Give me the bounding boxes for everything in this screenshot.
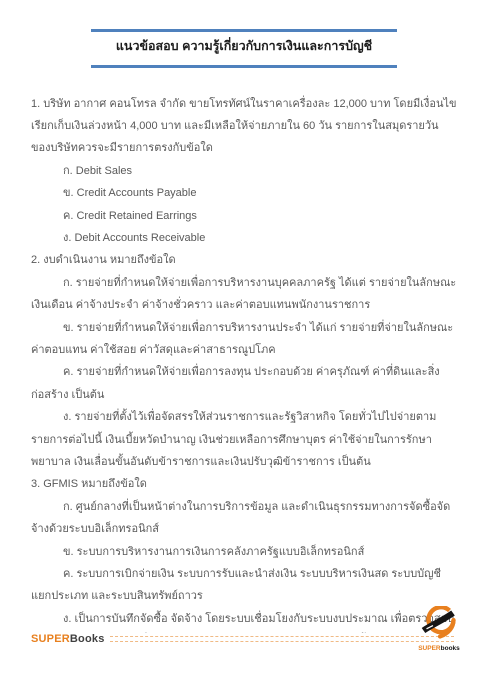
page-footer: SUPERBooks SUPERbooks [31, 629, 460, 649]
footer-brand-primary: SUPER [31, 633, 70, 645]
question-2-choice-a: ก. รายจ่ายที่กำหนดให้จ่ายเพื่อการบริหารง… [31, 272, 458, 317]
page-title: แนวข้อสอบ ความรู้เกี่ยวกับการเงินและการบ… [95, 38, 393, 56]
question-3-text: 3. GFMIS หมายถึงข้อใด [31, 473, 458, 495]
question-1-choice-c: ค. Credit Retained Earrings [31, 205, 458, 227]
question-2-text: 2. งบดำเนินงาน หมายถึงข้อใด [31, 249, 458, 271]
footer-dashed-divider [110, 636, 454, 642]
footer-logo-block: SUPERbooks [418, 606, 460, 653]
footer-brand-text: SUPERBooks [31, 633, 105, 645]
question-2-choice-b: ข. รายจ่ายที่กำหนดให้จ่ายเพื่อการบริหารง… [31, 317, 458, 362]
footer-logo-text-primary: SUPER [418, 645, 440, 652]
footer-logo-text: SUPERbooks [418, 645, 460, 653]
footer-logo-text-secondary: books [441, 645, 460, 652]
document-page: แนวข้อสอบ ความรู้เกี่ยวกับการเงินและการบ… [0, 0, 488, 676]
question-3-choice-c: ค. ระบบการเบิกจ่ายเงิน ระบบการรับและนำส่… [31, 563, 458, 608]
superbooks-logo-icon [420, 627, 458, 644]
question-2-choice-d: ง. รายจ่ายที่ตั้งไว้เพื่อจัดสรรให้ส่วนรา… [31, 406, 458, 473]
question-2-choice-c: ค. รายจ่ายที่กำหนดให้จ่ายเพื่อการลงทุน ป… [31, 361, 458, 406]
document-header: แนวข้อสอบ ความรู้เกี่ยวกับการเงินและการบ… [91, 29, 397, 68]
question-1-choice-b: ข. Credit Accounts Payable [31, 182, 458, 204]
question-1-choice-a: ก. Debit Sales [31, 160, 458, 182]
question-1-choice-d: ง. Debit Accounts Receivable [31, 227, 458, 249]
question-1-text: 1. บริษัท อากาศ คอนโทรล จำกัด ขายโทรทัศน… [31, 93, 458, 160]
question-3-choice-b: ข. ระบบการบริหารงานการเงินการคลังภาครัฐแ… [31, 541, 458, 563]
question-3-choice-a: ก. ศูนย์กลางที่เป็นหน้าต่างในการบริการข้… [31, 496, 458, 541]
question-list: 1. บริษัท อากาศ คอนโทรล จำกัด ขายโทรทัศน… [31, 93, 458, 633]
footer-brand-secondary: Books [70, 633, 105, 645]
